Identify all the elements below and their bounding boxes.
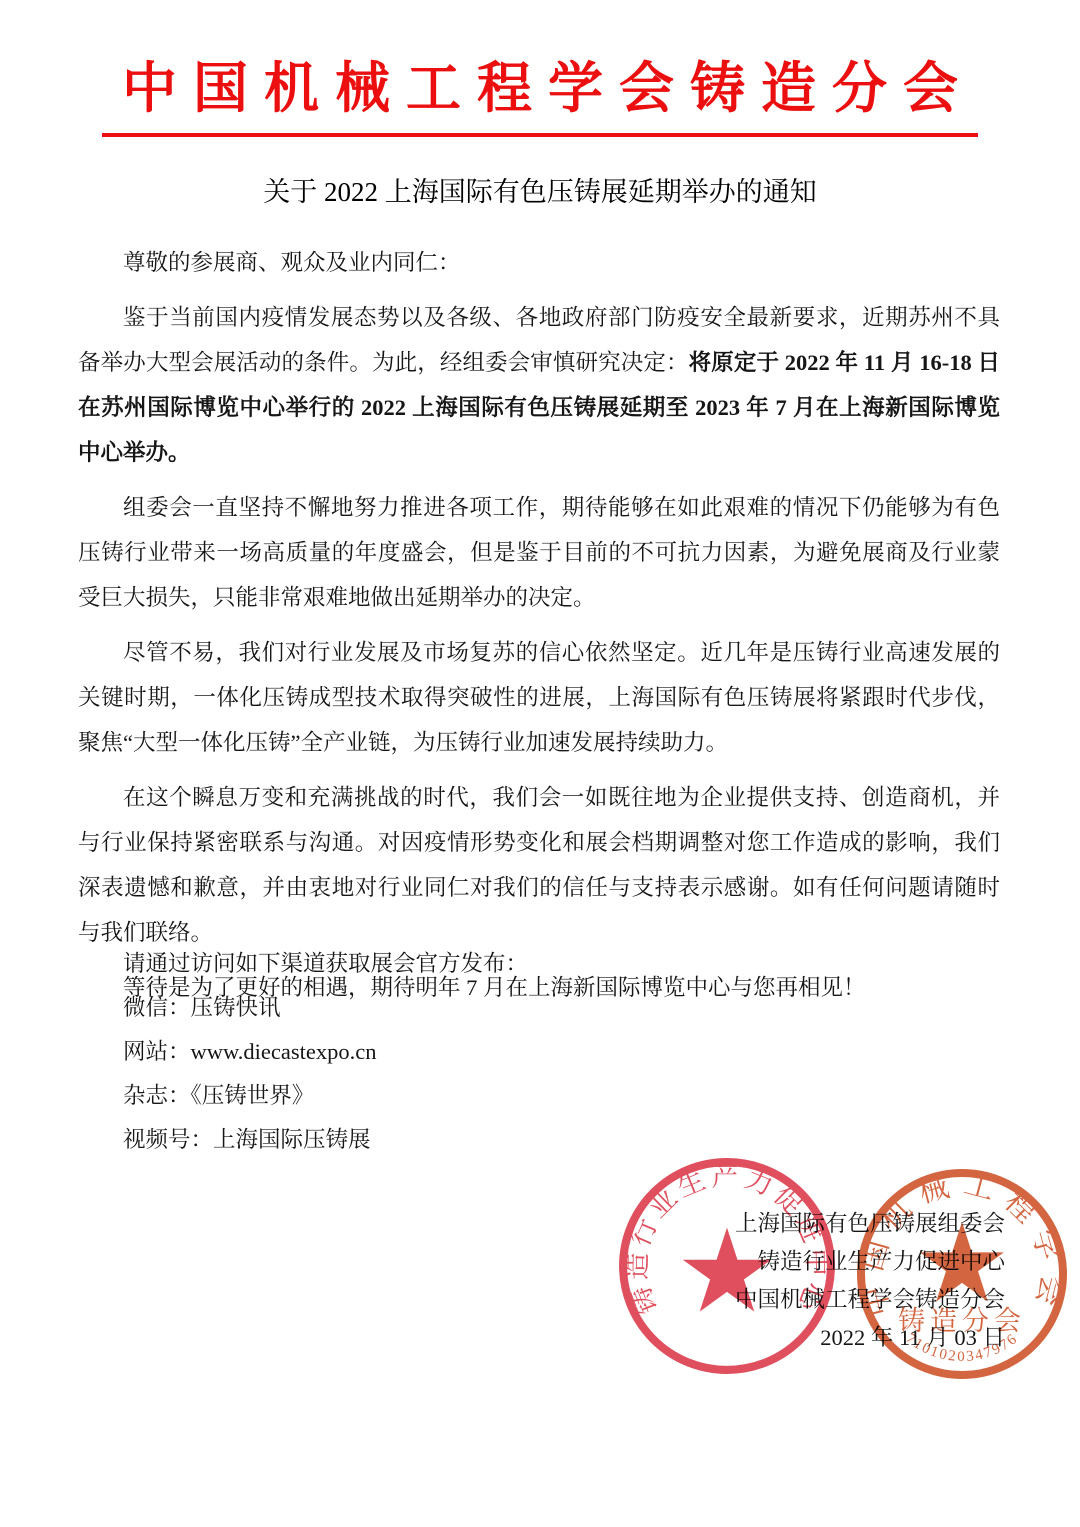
org-header-title: 中国机械工程学会铸造分会 bbox=[0, 44, 1080, 123]
channel-magazine: 杂志：《压铸世界》 bbox=[78, 1074, 1000, 1118]
salutation: 尊敬的参展商、观众及业内同仁： bbox=[78, 240, 1000, 285]
signature-line-foundry-institution: 中国机械工程学会铸造分会 bbox=[735, 1281, 1005, 1319]
notice-document: 中国机械工程学会铸造分会 关于 2022 上海国际有色压铸展延期举办的通知 尊敬… bbox=[0, 0, 1080, 1527]
channels-intro: 请通过访问如下渠道获取展会官方发布： bbox=[78, 942, 1000, 986]
signature-date: 2022 年 11 月 03 日 bbox=[735, 1319, 1005, 1357]
paragraph-1: 鉴于当前国内疫情发展态势以及各级、各地政府部门防疫安全最新要求，近期苏州不具备举… bbox=[78, 295, 1000, 475]
notice-title: 关于 2022 上海国际有色压铸展延期举办的通知 bbox=[0, 170, 1080, 209]
channel-website: 网站：www.diecastexpo.cn bbox=[78, 1030, 1000, 1074]
signature-block: 上海国际有色压铸展组委会 铸造行业生产力促进中心 中国机械工程学会铸造分会 20… bbox=[735, 1205, 1005, 1357]
signature-line-productivity-center: 铸造行业生产力促进中心 bbox=[735, 1243, 1005, 1281]
official-channels: 请通过访问如下渠道获取展会官方发布： 微信：压铸快讯 网站：www.diecas… bbox=[78, 942, 1000, 1162]
paragraph-2: 组委会一直坚持不懈地努力推进各项工作，期待能够在如此艰难的情况下仍能够为有色压铸… bbox=[78, 485, 1000, 620]
header-rule bbox=[102, 133, 978, 137]
paragraph-4: 在这个瞬息万变和充满挑战的时代，我们会一如既往地为企业提供支持、创造商机，并与行… bbox=[78, 775, 1000, 955]
channel-wechat: 微信：压铸快讯 bbox=[78, 986, 1000, 1030]
paragraph-3: 尽管不易，我们对行业发展及市场复苏的信心依然坚定。近几年是压铸行业高速发展的关键… bbox=[78, 630, 1000, 765]
signature-line-organizing-committee: 上海国际有色压铸展组委会 bbox=[735, 1205, 1005, 1243]
channel-video-account: 视频号：上海国际压铸展 bbox=[78, 1118, 1000, 1162]
notice-body: 尊敬的参展商、观众及业内同仁： 鉴于当前国内疫情发展态势以及各级、各地政府部门防… bbox=[78, 240, 1000, 1010]
